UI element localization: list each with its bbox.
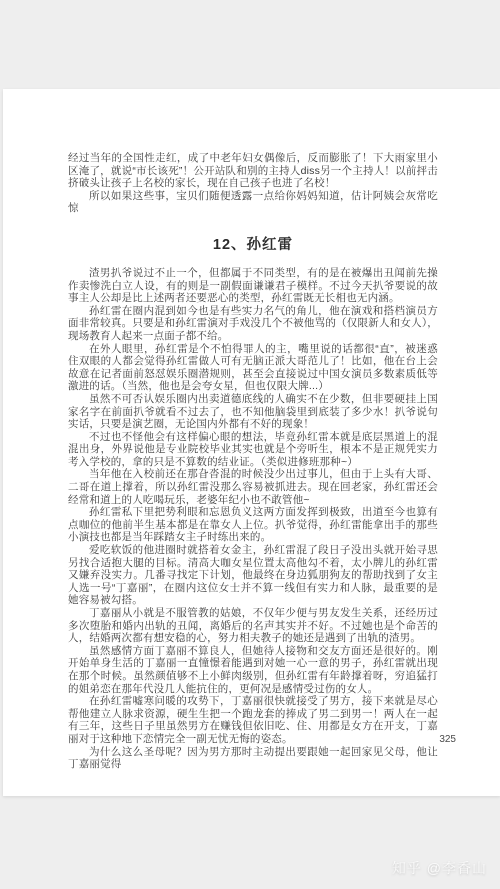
- paragraph: 丁嘉丽从小就是不服管教的姑娘，不仅年少便与男友发生关系，还经历过多次堕胎和婚内出…: [68, 607, 438, 645]
- screenshot-root: { "page": { "background_color": "#eeeeee…: [0, 0, 500, 889]
- body-paragraphs: 渣男扒爷说过不止一个，但都属于不同类型，有的是在被爆出丑闻前先操作卖惨洗白立人设…: [68, 267, 438, 771]
- page-number: 325: [439, 734, 456, 745]
- paragraph: 虽然不可否认娱乐圈内出卖道德底线的人确实不在少数，但非要硬挂上国家名字在前面扒爷…: [68, 393, 438, 431]
- paragraph: 渣男扒爷说过不止一个，但都属于不同类型，有的是在被爆出丑闻前先操作卖惨洗白立人设…: [68, 267, 438, 305]
- paragraph: 在孙红雷嘘寒问暖的攻势下，丁嘉丽很快就接受了男方，接下来就是尽心帮他建立人脉求资…: [68, 695, 438, 745]
- paragraph: 孙红雷在圈内混到如今也是有些实力名气的角儿，他在演戏和搭档演员方面非常较真。只要…: [68, 305, 438, 343]
- book-page: 经过当年的全国性走红，成了中老年妇女偶像后，反而膨胀了！下大雨家里小区淹了，就说…: [3, 89, 500, 796]
- zhihu-watermark: 知乎 @李香山: [392, 858, 487, 878]
- paragraph: 所以如果这些事，宝贝们随便透露一点给你妈妈知道，估计阿姨会灰常吃惊: [68, 190, 438, 215]
- paragraph: 经过当年的全国性走红，成了中老年妇女偶像后，反而膨胀了！下大雨家里小区淹了，就说…: [68, 152, 438, 190]
- paragraph: 爱吃软饭的他进圈时就搭着女金主，孙红雷混了段日子没出头就开始寻思另找合适抱大腿的…: [68, 544, 438, 607]
- paragraph: 孙红雷私下里把势利眼和忘恩负义这两方面发挥到极致，出道至今也算有点咖位的他前半生…: [68, 506, 438, 544]
- paragraph: 为什么这么圣母呢？因为男方那时主动提出要跟她一起回家见父母，他让丁嘉丽觉得: [68, 746, 438, 771]
- paragraph: 当年他在入校前还在那旮沓混的时候没少出过事儿，但由于上头有大哥、二哥在道上撑着，…: [68, 468, 438, 506]
- page-content: 经过当年的全国性走红，成了中老年妇女偶像后，反而膨胀了！下大雨家里小区淹了，就说…: [3, 89, 500, 796]
- paragraph: 不过也不怪他会有这样偏心眼的想法，毕竟孙红雷本就是底层黑道上的混混出身，外界说他…: [68, 431, 438, 469]
- pre-title-block: 经过当年的全国性走红，成了中老年妇女偶像后，反而膨胀了！下大雨家里小区淹了，就说…: [68, 152, 438, 215]
- chapter-title: 12、孙红雷: [68, 237, 438, 254]
- paragraph: 虽然感情方面丁嘉丽不算良人，但她待人接物和交友方面还是很好的。刚开始单身生活的丁…: [68, 645, 438, 695]
- paragraph: 在外人眼里，孙红雷是个不怕得罪人的主，嘴里说的话都很“直”，被迷惑住双眼的人都会…: [68, 343, 438, 393]
